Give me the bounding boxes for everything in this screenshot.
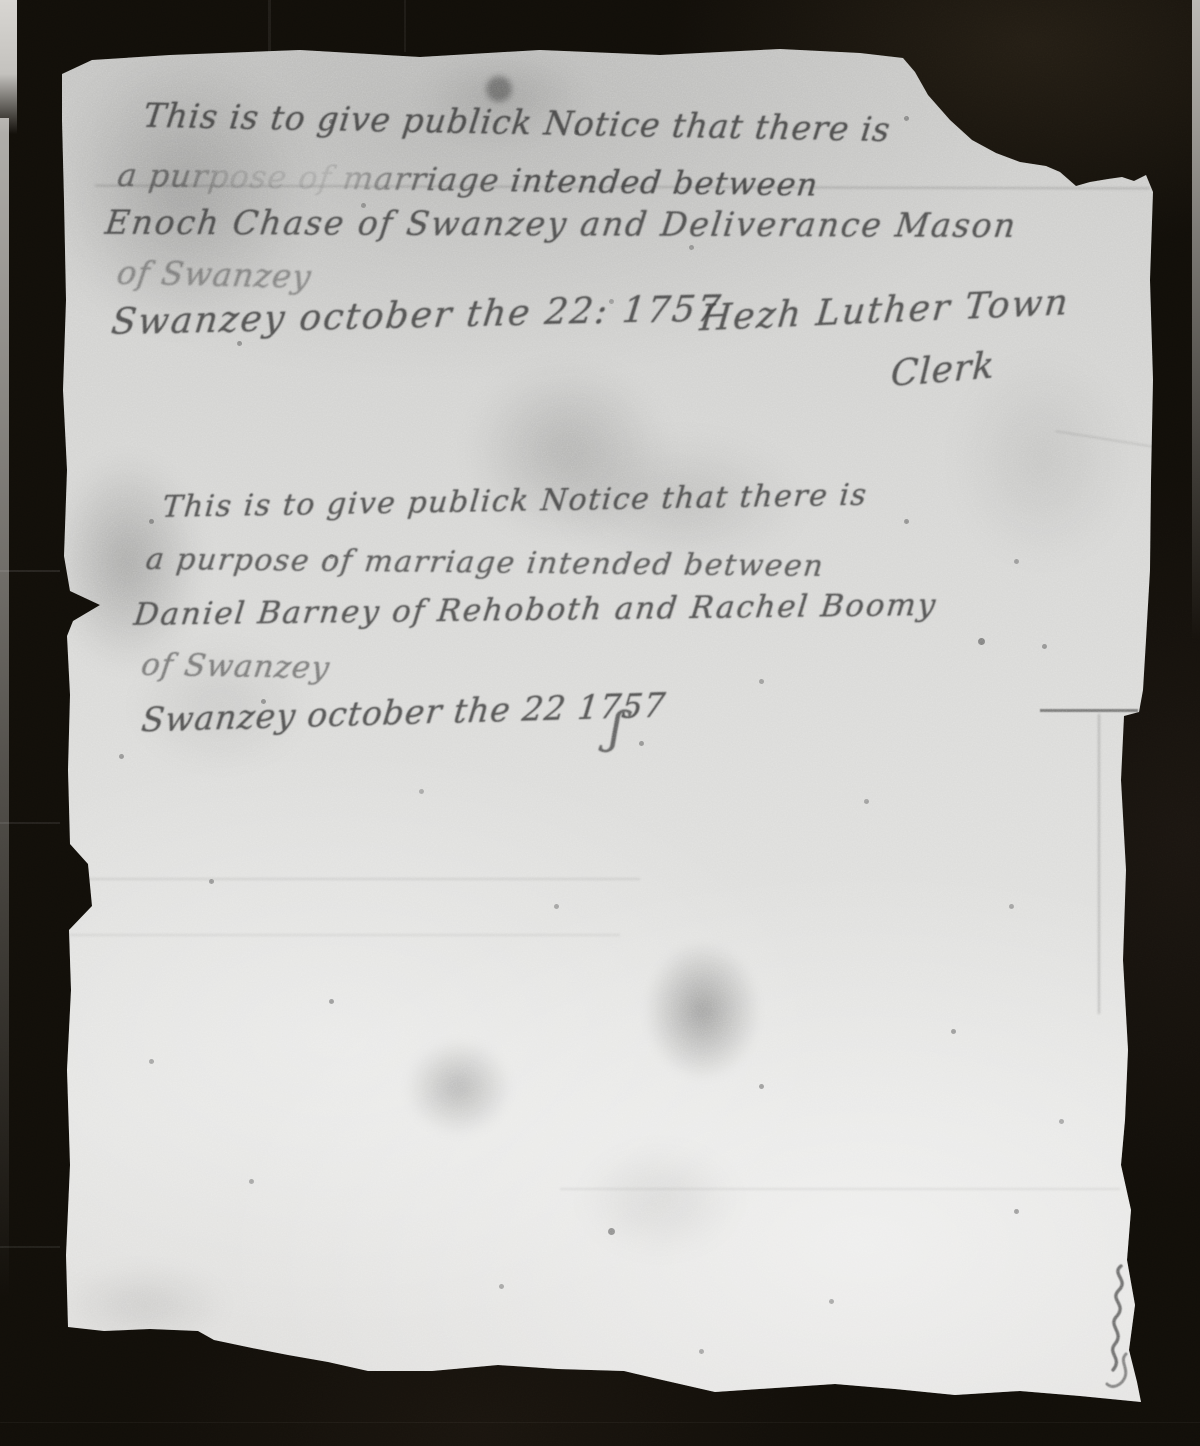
notice-1-line-3: Enoch Chase of Swanzey and Deliverance M…	[103, 203, 1019, 245]
stain	[645, 942, 760, 1080]
notice-1-line-2: a purpose of marriage intended between	[115, 156, 820, 204]
notice-1-clerk-signature: Hezh Luther Town	[698, 282, 1072, 339]
crease-line	[70, 934, 620, 936]
notice-1-clerk-title: Clerk	[890, 345, 996, 395]
stain	[60, 1265, 230, 1345]
margin-scribble	[1095, 1260, 1145, 1392]
crease-line	[1040, 709, 1138, 712]
notice-2-line-4: of Swanzey	[139, 647, 332, 686]
copier-streak	[268, 0, 271, 52]
notice-1-line-1: This is to give publick Notice that ther…	[141, 96, 893, 149]
copier-streak	[0, 1422, 1200, 1423]
copier-edge-glow	[1192, 0, 1200, 640]
stain	[580, 1145, 740, 1255]
notice-2-line-3: Daniel Barney of Rehoboth and Rachel Boo…	[132, 587, 939, 633]
crease-line	[1098, 714, 1100, 1014]
copier-streak	[0, 822, 60, 824]
notice-1-date-line: Swanzey october the 22: 1757	[109, 288, 724, 343]
notice-1-line-4: of Swanzey	[115, 254, 315, 296]
notice-2-line-1: This is to give publick Notice that ther…	[161, 478, 869, 525]
document-paper: This is to give publick Notice that ther…	[0, 0, 1200, 1446]
photocopy-scan: This is to give publick Notice that ther…	[0, 0, 1200, 1446]
stain	[406, 1040, 511, 1135]
crease-line	[1055, 430, 1154, 448]
copier-streak	[0, 570, 60, 572]
stain	[486, 76, 512, 102]
copier-edge-glow	[0, 0, 17, 134]
crease-line	[560, 1188, 1120, 1190]
copier-edge-glow	[0, 118, 9, 1298]
copier-streak	[0, 1246, 60, 1248]
notice-2-date-line: Swanzey october the 22 1757	[140, 685, 668, 739]
crease-line	[70, 878, 640, 880]
copier-streak	[404, 0, 406, 52]
notice-2-line-2: a purpose of marriage intended between	[144, 542, 826, 584]
